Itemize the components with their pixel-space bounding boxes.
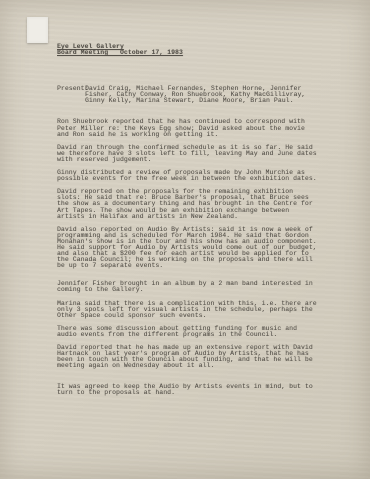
attendees-names: David Craig, Michael Fernandes, Stephen … <box>85 86 320 104</box>
attendees-label: Present: <box>57 86 85 104</box>
attendees-block: Present: David Craig, Michael Fernandes,… <box>57 86 320 104</box>
minutes-paragraph: Ginny distributed a review of proposals … <box>57 170 320 182</box>
minutes-paragraph: Marina said that there is a complication… <box>57 301 320 319</box>
document-body: Eye Level Gallery Board Meeting October … <box>57 44 320 397</box>
minutes-paragraph: Ron Shuebrook reported that he has conti… <box>57 119 320 137</box>
minutes-paragraph: David also reported on Audio By Artists:… <box>57 227 320 270</box>
minutes-paragraph: David ran through the confirmed schedule… <box>57 145 320 163</box>
document-subtitle: Board Meeting October 17, 1983 <box>57 50 320 56</box>
scanned-document-page: Eye Level Gallery Board Meeting October … <box>0 0 370 479</box>
archive-sticker <box>27 17 48 43</box>
minutes-paragraph: David reported that he has made up an ex… <box>57 345 320 369</box>
minutes-paragraph: David reported on the proposals for the … <box>57 189 320 219</box>
minutes-paragraph: It was agreed to keep the Audio by Artis… <box>57 384 320 396</box>
minutes-paragraph: Jennifer Fisher brought in an album by a… <box>57 281 320 293</box>
minutes-paragraph: There was some discussion about getting … <box>57 326 320 338</box>
